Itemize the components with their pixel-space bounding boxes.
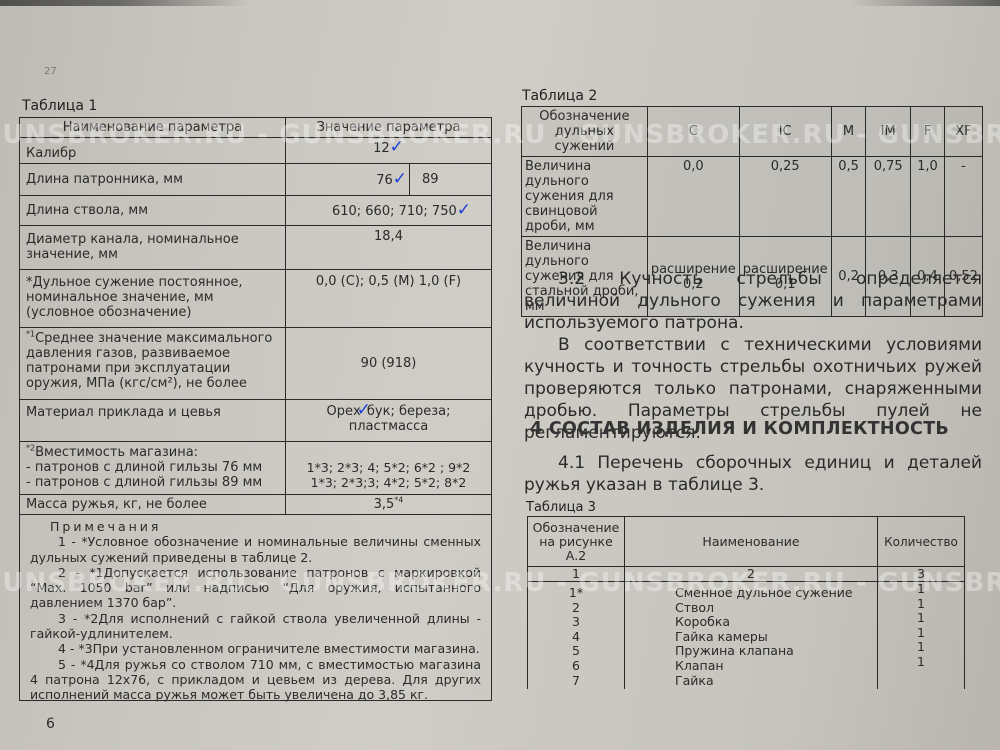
list-item-name: Ствол: [675, 601, 874, 616]
row-label-pressure: *1Среднее значение максимального давлени…: [20, 328, 286, 400]
chamber-value-76: 76: [376, 173, 393, 188]
list-item-qty: 1: [881, 655, 961, 670]
list-item-ref: 5: [531, 644, 621, 659]
header-parameter-value: Значение параметра: [286, 118, 492, 138]
checkmark-icon: ✓: [393, 169, 407, 189]
table1-parameters: Наименование параметра Значение параметр…: [19, 117, 492, 515]
table-header-row: Обозначение на рисунке А.2 Наименование …: [528, 517, 965, 567]
list-item-name: Гайка: [675, 674, 874, 689]
note-item: 1 - *Условное обозначение и номинальные …: [30, 534, 481, 565]
header-choke-xf: XF: [944, 107, 982, 157]
list-item-ref: 4: [531, 630, 621, 645]
table-row: *2Вместимость магазина:- патронов с длин…: [20, 442, 492, 495]
row-value-material: Орех✓бук; береза;пластмасса: [286, 400, 492, 442]
pressure-label: Среднее значение максимального давления …: [26, 331, 272, 391]
list-item-qty: 1: [881, 597, 961, 612]
row-label-barrel: Длина ствола, мм: [20, 196, 286, 226]
row-label-caliber: Калибр: [20, 138, 286, 164]
header-choke-f: F: [911, 107, 945, 157]
footnote-mark: *1: [26, 330, 35, 339]
row-value-mass: 3,5*4: [286, 495, 492, 515]
corner-mark: 27: [44, 66, 57, 77]
section-4-1-text: 4.1 Перечень сборочных единиц и деталей …: [524, 452, 982, 496]
caliber-value: 12: [373, 141, 390, 156]
header-choke-im: IM: [866, 107, 911, 157]
header-qty: Количество: [878, 517, 965, 567]
table-row: Длина патронника, мм 76✓ 89: [20, 164, 492, 196]
row-label-bore: Диаметр канала, номинальное значение, мм: [20, 226, 286, 270]
cell: 0,75: [866, 157, 911, 237]
header-choke-ic: IC: [739, 107, 831, 157]
row-label-mass: Масса ружья, кг, не более: [20, 495, 286, 515]
row-value-choke: 0,0 (С); 0,5 (М) 1,0 (F): [286, 270, 492, 328]
list-item-ref: 7: [531, 674, 621, 689]
list-item-name: Гайка камеры: [675, 630, 874, 645]
list-item-qty: 1: [881, 582, 961, 597]
header-ref: Обозначение на рисунке А.2: [528, 517, 625, 567]
column-number: 1: [528, 567, 625, 582]
checkmark-icon: ✓: [457, 200, 471, 220]
table1-notes: Примечания 1 - *Условное обозначение и н…: [19, 515, 492, 701]
cell: 0,5: [831, 157, 866, 237]
table-row: Материал приклада и цевья Орех✓бук; бере…: [20, 400, 492, 442]
list-item-ref: 2: [531, 601, 621, 616]
row-label-lead: Величина дульного сужения для свинцовой …: [522, 157, 648, 237]
barrel-value: 610; 660; 710; 750: [332, 204, 457, 219]
header-choke-designation: Обозначение дульных сужений: [522, 107, 648, 157]
header-choke-m: M: [831, 107, 866, 157]
magazine-89-label: - патронов с длиной гильзы 89 мм: [26, 475, 262, 490]
note-item: 2 - *1Допускается использование патронов…: [30, 565, 481, 611]
note-item: 3 - *2Для исполнений с гайкой ствола уве…: [30, 611, 481, 642]
list-item-ref: 1*: [531, 586, 621, 601]
material-walnut: Орех: [326, 404, 360, 419]
table2-caption: Таблица 2: [522, 88, 597, 104]
table3-caption: Таблица 3: [526, 500, 596, 515]
header-parameter-name: Наименование параметра: [20, 118, 286, 138]
magazine-76-label: - патронов с длиной гильзы 76 мм: [26, 460, 262, 475]
column-number: 3: [878, 567, 965, 582]
row-value-pressure: 90 (918): [286, 328, 492, 400]
footnote-mark: *2: [26, 444, 35, 453]
list-item-qty: 1: [881, 640, 961, 655]
table-row: Величина дульного сужения для свинцовой …: [522, 157, 983, 237]
notes-title: Примечания: [30, 519, 481, 534]
table-row: *Дульное сужение постоянное, номинальное…: [20, 270, 492, 328]
column-number: 2: [625, 567, 878, 582]
checkmark-icon: ✓: [390, 137, 404, 157]
note-item: 5 - *4Для ружья со стволом 710 мм, с вме…: [30, 657, 481, 703]
cell: 0,0: [647, 157, 739, 237]
table1-caption: Таблица 1: [22, 98, 97, 114]
cell: 1,0: [911, 157, 945, 237]
row-value-bore: 18,4: [286, 226, 492, 270]
list-item-ref: 6: [531, 659, 621, 674]
section-4-heading: 4 СОСТАВ ИЗДЕЛИЯ И КОМПЛЕКТНОСТЬ: [530, 419, 949, 439]
row-label-chamber: Длина патронника, мм: [20, 164, 286, 196]
list-item-qty: 1: [881, 626, 961, 641]
row-label-material: Материал приклада и цевья: [20, 400, 286, 442]
list-item-ref: 3: [531, 615, 621, 630]
page-number: 6: [46, 716, 55, 732]
table-row: Длина ствола, мм 610; 660; 710; 750✓: [20, 196, 492, 226]
mass-value: 3,5: [374, 497, 395, 512]
list-item-qty: 1: [881, 611, 961, 626]
row-label-choke: *Дульное сужение постоянное, номинальное…: [20, 270, 286, 328]
cell: 0,25: [739, 157, 831, 237]
table-row: Калибр 12✓: [20, 138, 492, 164]
material-plastic: пластмасса: [349, 419, 429, 434]
header-name: Наименование: [625, 517, 878, 567]
table-header-row: Обозначение дульных сужений C IC M IM F …: [522, 107, 983, 157]
table-row: *1Среднее значение максимального давлени…: [20, 328, 492, 400]
row-value-caliber: 12✓: [286, 138, 492, 164]
table-row: Масса ружья, кг, не более 3,5*4: [20, 495, 492, 515]
table-header-row: Наименование параметра Значение параметр…: [20, 118, 492, 138]
list-item-qty: [881, 670, 961, 685]
name-column: Сменное дульное сужениеСтволКоробкаГайка…: [625, 582, 878, 690]
list-item-name: Пружина клапана: [675, 644, 874, 659]
row-value-magazine: 1*3; 2*3; 4; 5*2; 6*2 ; 9*21*3; 2*3;3; 4…: [286, 442, 492, 495]
list-item-name: Сменное дульное сужение: [675, 586, 874, 601]
note-item: 4 - *3При установленном ограничителе вме…: [30, 641, 481, 656]
footnote-mark: *4: [394, 496, 403, 505]
section-3-2-text: 3.2 Кучность стрельбы определяется велич…: [524, 268, 982, 444]
header-choke-c: C: [647, 107, 739, 157]
cell: -: [944, 157, 982, 237]
magazine-label: Вместимость магазина:: [35, 445, 198, 460]
material-other: бук; береза;: [367, 404, 451, 419]
magazine-76-values: 1*3; 2*3; 4; 5*2; 6*2 ; 9*2: [307, 460, 471, 475]
paragraph: 4.1 Перечень сборочных единиц и деталей …: [524, 452, 982, 496]
row-value-chamber-89: 89: [410, 164, 492, 196]
list-item-name: Коробка: [675, 615, 874, 630]
photo-edge-shadow: [0, 0, 1000, 6]
row-value-barrel: 610; 660; 710; 750✓: [286, 196, 492, 226]
table3-parts: Обозначение на рисунке А.2 Наименование …: [527, 516, 965, 689]
qty-column: 111111: [878, 582, 965, 690]
table-row: Диаметр канала, номинальное значение, мм…: [20, 226, 492, 270]
column-number-row: 1 2 3: [528, 567, 965, 582]
list-item-name: Клапан: [675, 659, 874, 674]
ref-column: 1*234567: [528, 582, 625, 690]
paragraph: 3.2 Кучность стрельбы определяется велич…: [524, 268, 982, 334]
magazine-89-values: 1*3; 2*3;3; 4*2; 5*2; 8*2: [311, 475, 467, 490]
row-value-chamber-76: 76✓: [286, 164, 410, 196]
table-body: 1*234567 Сменное дульное сужениеСтволКор…: [528, 582, 965, 690]
row-label-magazine: *2Вместимость магазина:- патронов с длин…: [20, 442, 286, 495]
